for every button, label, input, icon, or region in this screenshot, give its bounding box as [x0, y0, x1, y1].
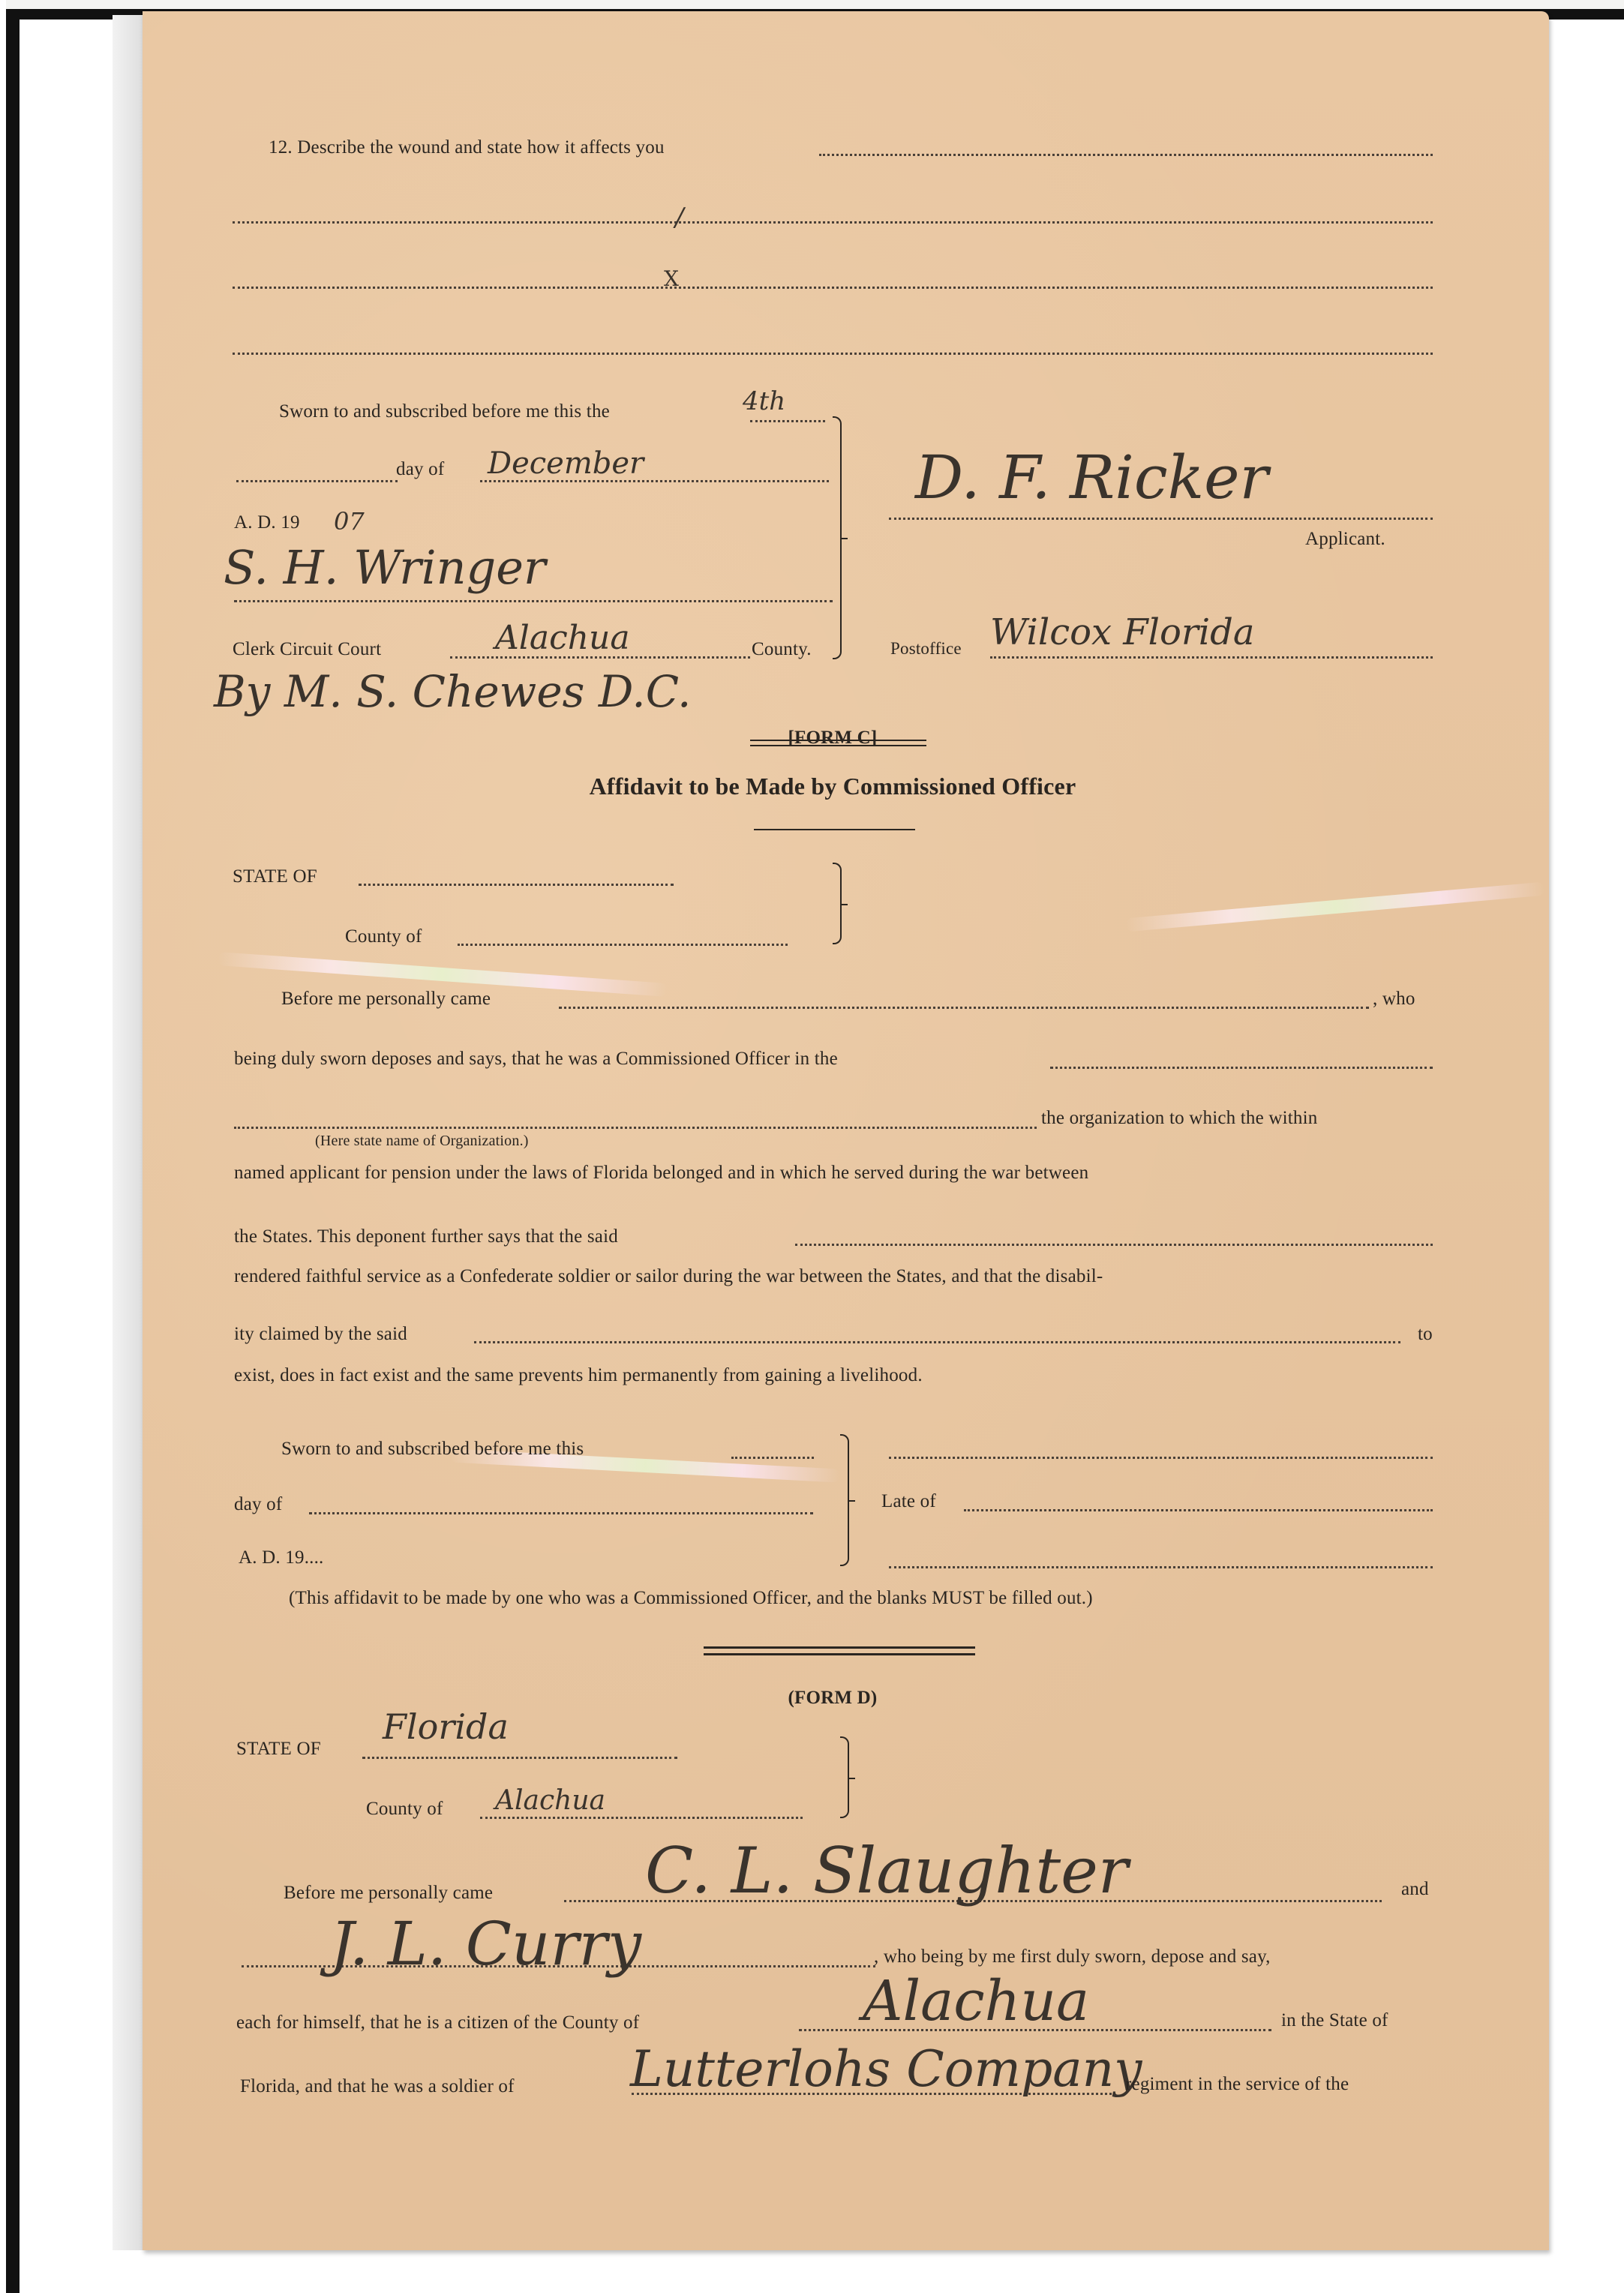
form-c-who-label: , who	[1373, 989, 1415, 1010]
question-12-answer-line[interactable]	[233, 353, 1433, 355]
form-c-late-of-label: Late of	[881, 1491, 936, 1512]
form-d-county-input[interactable]	[480, 1817, 803, 1819]
form-c-before-me-label: Before me personally came	[281, 989, 491, 1010]
scanner-frame-left	[6, 9, 20, 2293]
form-c-note: (This affidavit to be made by one who wa…	[289, 1588, 1093, 1609]
clerk-label: Clerk Circuit Court	[233, 639, 381, 660]
form-d-and-label: and	[1401, 1879, 1429, 1900]
applicant-day-of-label: day of	[396, 459, 444, 480]
form-d-top-rule	[704, 1653, 975, 1655]
form-d-state-label: STATE OF	[236, 1739, 321, 1760]
applicant-ad-year-value: 07	[334, 507, 365, 536]
protective-sleeve-edge	[113, 15, 146, 2250]
form-c-org-suffix: the organization to which the within	[1041, 1108, 1317, 1129]
applicant-month-value: December	[488, 446, 644, 481]
form-c-ad-label: A. D. 19....	[239, 1547, 324, 1568]
form-c-late-of-input-2[interactable]	[889, 1566, 1433, 1568]
form-d-citizen-county-value: Alachua	[863, 1969, 1089, 2033]
form-d-venue-brace	[840, 1736, 849, 1818]
form-c-org-hint: (Here state name of Organization.)	[315, 1133, 529, 1150]
applicant-oath-brace	[833, 416, 842, 659]
form-c-heading-rule	[754, 829, 915, 830]
form-d-witness1-value: C. L. Slaughter	[645, 1834, 1128, 1907]
form-d-sworn-text: , who being by me first duly sworn, depo…	[874, 1946, 1271, 1967]
form-d-citizen-text: each for himself, that he is a citizen o…	[236, 2012, 639, 2033]
postoffice-value: Wilcox Florida	[990, 611, 1255, 653]
form-c-day-of-label: day of	[234, 1494, 282, 1515]
form-c-disability-input[interactable]	[474, 1341, 1400, 1343]
form-d-witness2-value: J. L. Curry	[330, 1909, 641, 1979]
deputy-clerk-signature: By M. S. Chewes D.C.	[214, 666, 691, 717]
form-d-company-value: Lutterlohs Company	[630, 2040, 1142, 2098]
form-c-oath-brace	[840, 1434, 849, 1566]
question-12-label: 12. Describe the wound and state how it …	[269, 137, 665, 158]
form-c-named-applicant-text: named applicant for pension under the la…	[234, 1163, 1088, 1184]
form-c-sworn-day-input[interactable]	[731, 1457, 814, 1459]
applicant-label: Applicant.	[1305, 529, 1385, 550]
question-12-answer-line[interactable]	[233, 287, 1433, 289]
form-c-to-label: to	[1418, 1324, 1433, 1345]
applicant-day-prefix-line[interactable]	[236, 480, 398, 482]
form-d-before-me-label: Before me personally came	[284, 1883, 493, 1904]
form-d-top-rule	[704, 1646, 975, 1649]
form-c-sworn-label: Sworn to and subscribed before me this	[281, 1439, 584, 1460]
applicant-signature: D. F. Ricker	[915, 443, 1268, 512]
form-d-state-of-suffix: in the State of	[1281, 2010, 1388, 2031]
clerk-county-value: Alachua	[495, 619, 630, 657]
form-d-county-value: Alachua	[495, 1785, 605, 1816]
form-c-day-of-input[interactable]	[309, 1512, 813, 1514]
form-d-state-value: Florida	[383, 1706, 509, 1747]
postoffice-label: Postoffice	[890, 639, 962, 659]
clerk-signature: S. H. Wringer	[224, 540, 546, 595]
applicant-sworn-label: Sworn to and subscribed before me this t…	[279, 401, 610, 422]
clerk-county-label: County.	[752, 639, 812, 660]
form-c-county-input[interactable]	[458, 944, 788, 946]
applicant-sworn-day-value: 4th	[743, 386, 785, 416]
form-c-claimed-text: ity claimed by the said	[234, 1324, 407, 1345]
form-c-heading: Affidavit to be Made by Commissioned Off…	[420, 773, 1245, 800]
form-c-venue-brace	[833, 863, 842, 944]
form-d-county-label: County of	[366, 1799, 443, 1820]
form-d-soldier-text: Florida, and that he was a soldier of	[240, 2076, 515, 2097]
form-c-states-text: the States. This deponent further says t…	[234, 1226, 618, 1247]
form-c-label: [FORM C]	[720, 728, 945, 749]
form-c-late-of-input[interactable]	[964, 1509, 1433, 1511]
form-c-officer-text: being duly sworn deposes and says, that …	[234, 1049, 838, 1070]
form-c-exist-text: exist, does in fact exist and the same p…	[234, 1365, 923, 1386]
question-12-answer-line[interactable]	[819, 154, 1433, 156]
question-12-answer-line[interactable]	[233, 221, 1433, 224]
applicant-ad-label: A. D. 19	[234, 512, 300, 533]
applicant-sworn-day-line[interactable]	[750, 420, 825, 422]
pencil-mark: X	[664, 266, 679, 291]
postoffice-line[interactable]	[990, 656, 1433, 659]
scanner-margin-top	[6, 0, 1624, 9]
pencil-mark: /	[675, 203, 683, 233]
form-c-regiment-input[interactable]	[1050, 1067, 1433, 1069]
clerk-signature-line[interactable]	[234, 600, 833, 602]
form-d-state-input[interactable]	[362, 1757, 677, 1759]
form-c-county-label: County of	[345, 926, 422, 947]
form-c-before-me-input[interactable]	[559, 1007, 1369, 1009]
form-c-state-input[interactable]	[359, 884, 674, 886]
form-c-officer-signature-input[interactable]	[889, 1457, 1433, 1459]
applicant-signature-line[interactable]	[889, 518, 1433, 520]
form-c-applicant-name-input[interactable]	[795, 1244, 1433, 1246]
form-c-organization-input[interactable]	[234, 1127, 1037, 1129]
form-d-label: (FORM D)	[720, 1688, 945, 1709]
form-c-service-text: rendered faithful service as a Confedera…	[234, 1266, 1103, 1287]
form-d-regiment-suffix: regiment in the service of the	[1125, 2074, 1349, 2095]
form-c-state-label: STATE OF	[233, 866, 317, 887]
